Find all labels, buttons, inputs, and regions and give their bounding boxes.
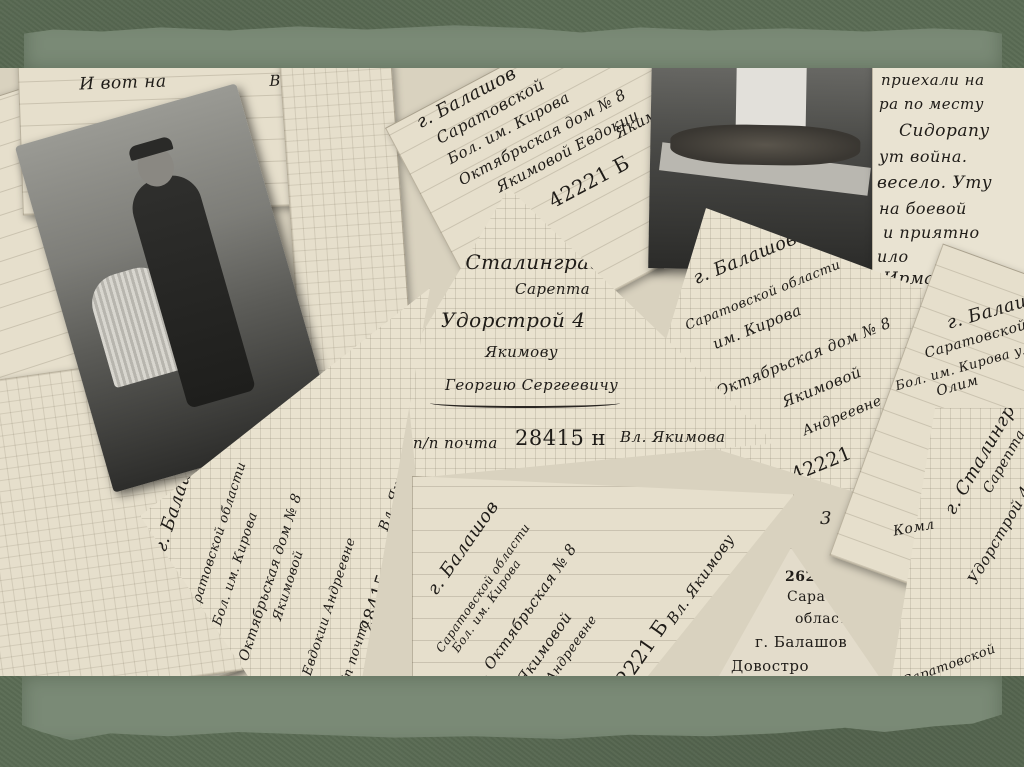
handwritten-line: И вот на xyxy=(79,71,167,94)
field-post-number: 28415 н xyxy=(515,426,606,450)
wavy-underline xyxy=(430,398,620,408)
handwritten-line: на боевой xyxy=(879,199,967,218)
handwritten-address: Удорстрой 4 xyxy=(441,308,585,332)
lab-object xyxy=(670,123,861,166)
handwritten-line: и приятно xyxy=(883,223,980,242)
handwritten-line: Сидорапу xyxy=(899,121,990,141)
handwritten-address: Георгию Сергеевичу xyxy=(445,376,618,394)
handwritten-line: весело. Уту xyxy=(877,173,992,193)
field-post-number: 42221 xyxy=(788,442,855,486)
handwritten-address: области xyxy=(795,611,858,627)
handwritten-line: приехали на xyxy=(881,71,985,89)
sender-name: Вл. Якимову xyxy=(663,531,738,628)
handwritten-address: Удорстрой 4 xyxy=(964,483,1024,587)
handwritten-address: 262 xyxy=(785,569,816,585)
handwritten-line: ра по месту xyxy=(879,95,984,113)
handwritten-fragment: 3 xyxy=(820,508,832,529)
letters-photograph: И вот на Вас г. Балашов Саратовской Бол.… xyxy=(0,68,1024,676)
handwritten-line: ило xyxy=(877,247,909,266)
handwritten-address: г. Балашов xyxy=(755,633,847,651)
handwritten-line: ут война. xyxy=(879,147,967,166)
post-label: п/п почта xyxy=(413,434,498,452)
handwritten-address: Саратовс. xyxy=(787,589,864,605)
handwritten-address: Якимову xyxy=(485,343,558,361)
field-post-number: 28415 н xyxy=(356,553,400,634)
sender-name: Вл. Якимова xyxy=(620,428,725,446)
handwritten-address: Довостро xyxy=(731,657,809,675)
handwritten-address: Сарепта xyxy=(515,280,590,298)
field-post-number: 42221 Б xyxy=(603,615,673,676)
